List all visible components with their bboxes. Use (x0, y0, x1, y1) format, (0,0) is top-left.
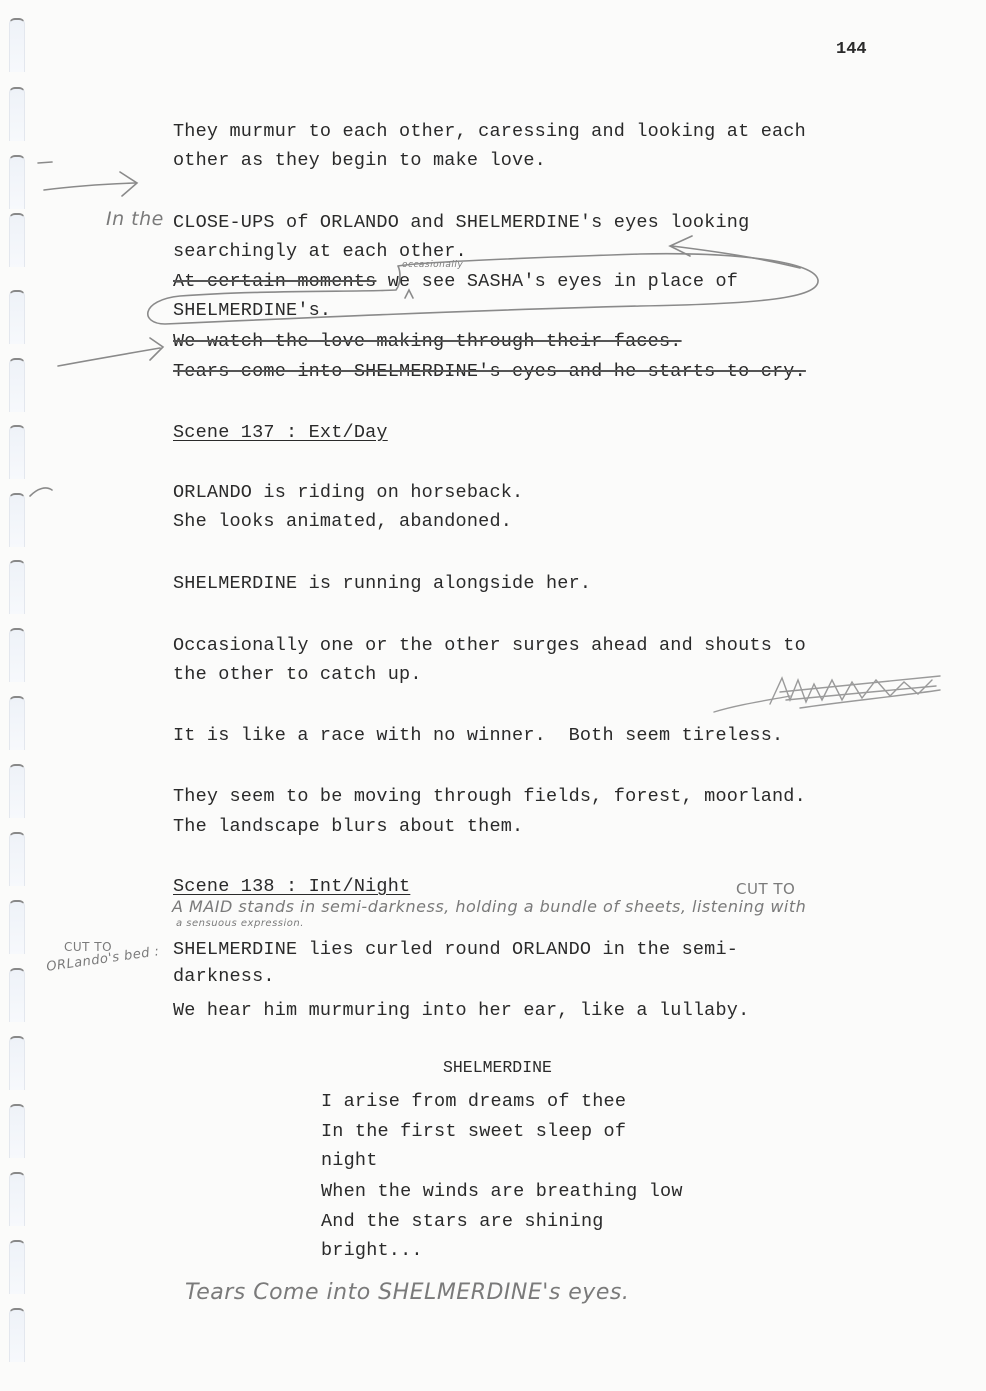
script-page: 144 They murmur to each other, caressing… (0, 0, 986, 1391)
binder-hole (9, 1240, 25, 1294)
struck-line: Tears come into SHELMERDINE's eyes and h… (173, 357, 806, 386)
dialogue-line: bright... (321, 1236, 423, 1265)
handwritten-note: A MAID stands in semi-darkness, holding … (172, 897, 806, 916)
action-line: the other to catch up. (173, 660, 422, 689)
action-line: They murmur to each other, caressing and… (173, 117, 806, 146)
action-line: darkness. (173, 962, 275, 991)
scene-heading: Scene 137 : Ext/Day (173, 418, 388, 447)
binder-hole (9, 968, 25, 1022)
binder-hole (9, 213, 25, 267)
binder-hole (9, 696, 25, 750)
action-line: It is like a race with no winner. Both s… (173, 721, 783, 750)
dialogue-line: I arise from dreams of thee (321, 1087, 626, 1116)
character-name: SHELMERDINE (443, 1058, 552, 1077)
action-line: They seem to be moving through fields, f… (173, 782, 806, 811)
action-line: ORLANDO is riding on horseback. (173, 478, 523, 507)
arrow-icon (44, 183, 135, 190)
binder-hole (9, 1104, 25, 1158)
binder-hole (9, 358, 25, 412)
struck-text: At certain moments (173, 271, 376, 292)
action-line: other as they begin to make love. (173, 146, 546, 175)
handwritten-note: In the (106, 208, 164, 230)
binder-hole (9, 628, 25, 682)
binder-hole (9, 764, 25, 818)
dialogue-line: And the stars are shining (321, 1207, 604, 1236)
action-line: Occasionally one or the other surges ahe… (173, 631, 806, 660)
binder-hole (9, 1308, 25, 1362)
binder-hole (9, 87, 25, 141)
action-line: SHELMERDINE's. (173, 296, 331, 325)
binder-hole (9, 832, 25, 886)
binder-hole (9, 560, 25, 614)
action-text: we see SASHA's eyes in place of (376, 271, 738, 292)
dialogue-line: night (321, 1146, 378, 1175)
action-line: The landscape blurs about them. (173, 812, 523, 841)
binder-hole (9, 1036, 25, 1090)
handwritten-note: occasionally (402, 260, 463, 270)
action-line: SHELMERDINE is running alongside her. (173, 569, 591, 598)
binder-hole (9, 900, 25, 954)
page-number: 144 (836, 40, 867, 59)
dialogue-line: In the first sweet sleep of (321, 1117, 626, 1146)
action-line: She looks animated, abandoned. (173, 507, 512, 536)
action-line: At certain moments we see SASHA's eyes i… (173, 267, 738, 296)
binder-hole (9, 425, 25, 479)
struck-line: We watch the love making through their f… (173, 327, 682, 356)
action-line: CLOSE-UPS of ORLANDO and SHELMERDINE's e… (173, 208, 749, 237)
handwritten-note: Tears Come into SHELMERDINE's eyes. (185, 1280, 629, 1305)
binder-hole (9, 1172, 25, 1226)
action-line: SHELMERDINE lies curled round ORLANDO in… (173, 935, 738, 964)
handwritten-note: CUT TO (736, 880, 795, 898)
action-line: We hear him murmuring into her ear, like… (173, 996, 749, 1025)
dialogue-line: When the winds are breathing low (321, 1177, 683, 1206)
binder-hole (9, 493, 25, 547)
binder-hole (9, 18, 25, 72)
handwritten-note: a sensuous expression. (176, 918, 304, 929)
binder-hole (9, 155, 25, 209)
binder-hole (9, 290, 25, 344)
